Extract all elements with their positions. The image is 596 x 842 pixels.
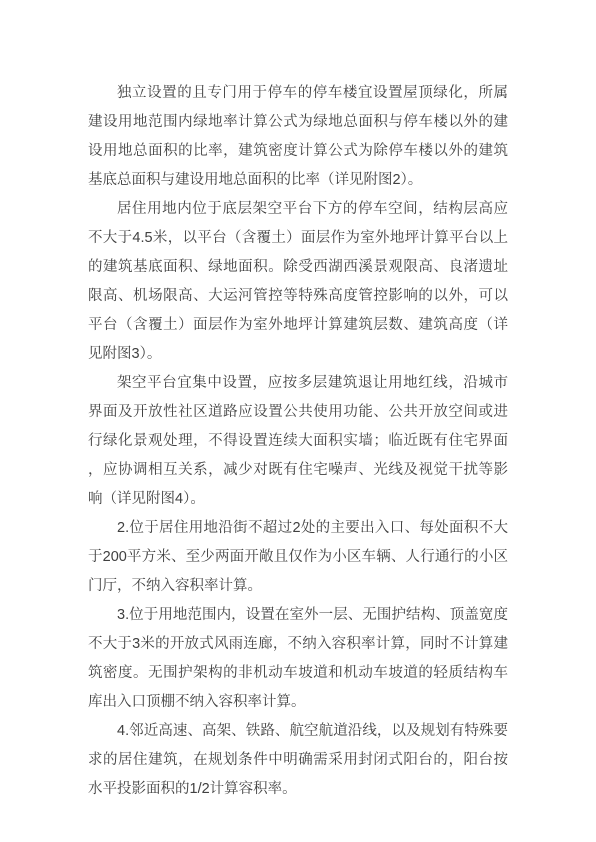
paragraph-platform-parking-space: 居住用地内位于底层架空平台下方的停车空间，结构层高应不大于4.5米，以平台（含覆… <box>88 195 508 369</box>
paragraph-item-4-enclosed-balcony: 4.邻近高速、高架、铁路、航空航道沿线，以及规划有特殊要求的居住建筑，在规划条件… <box>88 717 508 804</box>
document-body: 独立设置的且专门用于停车的停车楼宜设置屋顶绿化，所属建设用地范围内绿地率计算公式… <box>88 79 508 804</box>
paragraph-parking-building-greening: 独立设置的且专门用于停车的停车楼宜设置屋顶绿化，所属建设用地范围内绿地率计算公式… <box>88 79 508 195</box>
paragraph-elevated-platform-layout: 架空平台宜集中设置，应按多层建筑退让用地红线，沿城市界面及开放性社区道路应设置公… <box>88 369 508 514</box>
paragraph-item-2-entrance-lobby: 2.位于居住用地沿街不超过2处的主要出入口、每处面积不大于200平方米、至少两面… <box>88 514 508 601</box>
document-page: 独立设置的且专门用于停车的停车楼宜设置屋顶绿化，所属建设用地范围内绿地率计算公式… <box>0 0 596 842</box>
paragraph-item-3-open-corridor: 3.位于用地范围内，设置在室外一层、无围护结构、顶盖宽度不大于3米的开放式风雨连… <box>88 601 508 717</box>
